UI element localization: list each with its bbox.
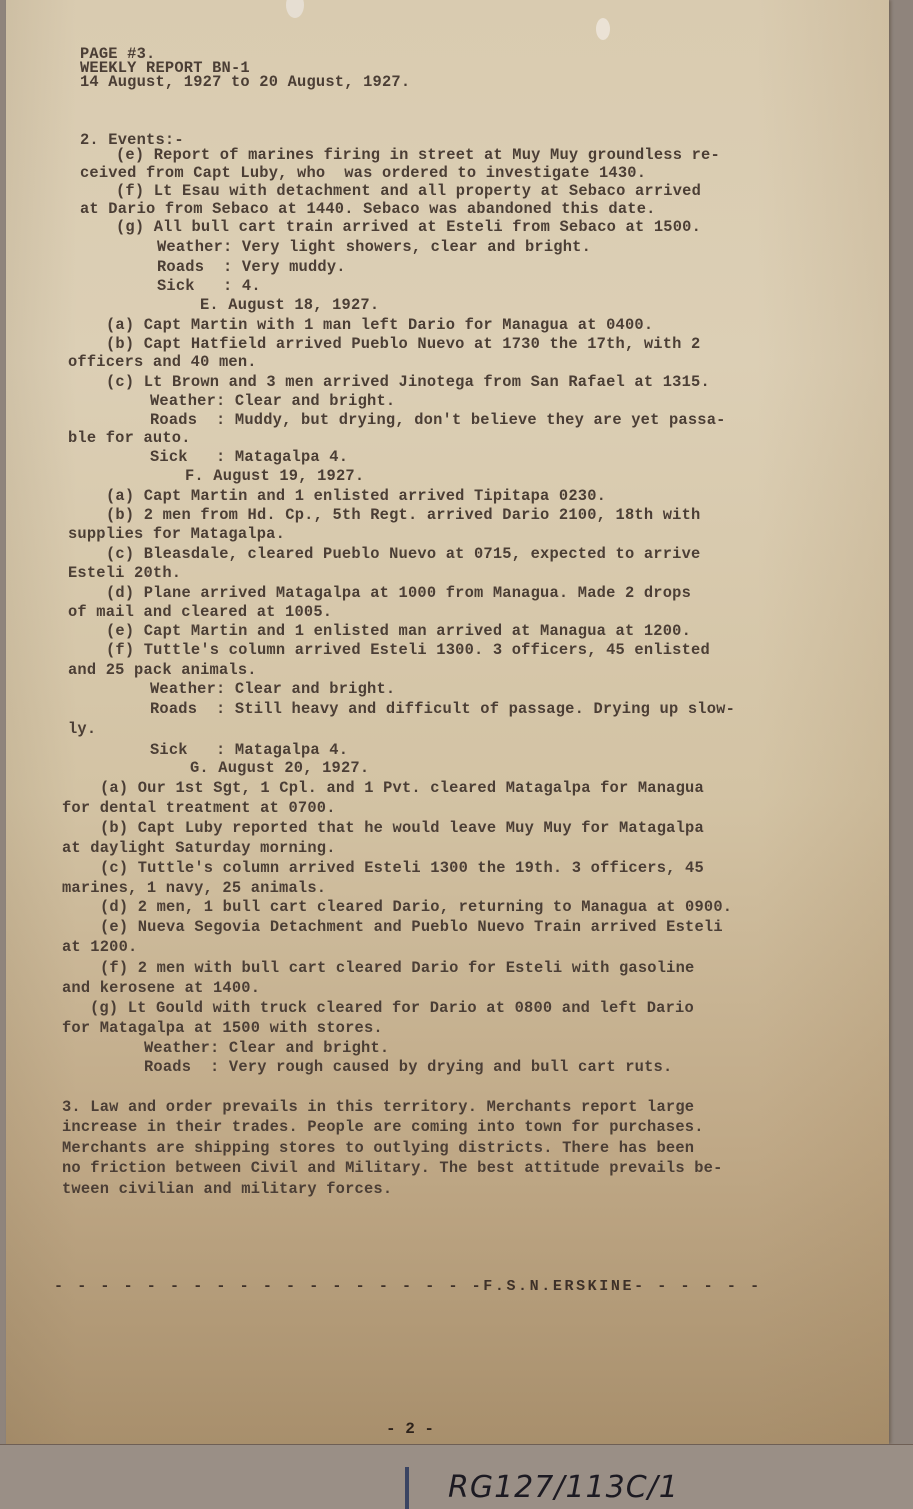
report-line: Sick : Matagalpa 4. xyxy=(150,447,348,467)
report-line: (b) 2 men from Hd. Cp., 5th Regt. arrive… xyxy=(106,505,700,525)
report-line: (f) 2 men with bull cart cleared Dario f… xyxy=(100,958,694,978)
report-line: E. August 18, 1927. xyxy=(200,295,379,315)
report-line: (e) Capt Martin and 1 enlisted man arriv… xyxy=(106,621,691,641)
report-line: Esteli 20th. xyxy=(68,563,181,583)
report-line: no friction between Civil and Military. … xyxy=(62,1158,723,1178)
archive-mark xyxy=(405,1467,409,1509)
report-line: (d) 2 men, 1 bull cart cleared Dario, re… xyxy=(100,897,732,917)
report-line: Weather: Clear and bright. xyxy=(150,679,395,699)
report-line: (a) Capt Martin with 1 man left Dario fo… xyxy=(106,315,653,335)
report-line: (f) Tuttle's column arrived Esteli 1300.… xyxy=(106,640,710,660)
report-line: (g) Lt Gould with truck cleared for Dari… xyxy=(90,998,694,1018)
report-line: at daylight Saturday morning. xyxy=(62,838,336,858)
report-line: (a) Our 1st Sgt, 1 Cpl. and 1 Pvt. clear… xyxy=(100,778,704,798)
report-line: ceived from Capt Luby, who was ordered t… xyxy=(80,163,646,183)
report-line: Sick : Matagalpa 4. xyxy=(150,740,348,760)
report-line: (c) Lt Brown and 3 men arrived Jinotega … xyxy=(106,372,710,392)
report-line: Roads : Muddy, but drying, don't believe… xyxy=(150,410,726,430)
report-line: (b) Capt Hatfield arrived Pueblo Nuevo a… xyxy=(106,334,700,354)
signature-line: - - - - - - - - - - - - - - - - - - -F.S… xyxy=(54,1278,762,1295)
report-line: G. August 20, 1927. xyxy=(190,758,369,778)
archive-reference: RG127/113C/1 xyxy=(448,1470,679,1505)
report-line: (b) Capt Luby reported that he would lea… xyxy=(100,818,704,838)
document-body: PAGE #3. WEEKLY REPORT BN-1 14 August, 1… xyxy=(6,0,889,126)
report-line: 3. Law and order prevails in this territ… xyxy=(62,1097,694,1117)
report-line: at 1200. xyxy=(62,937,138,957)
report-line: (c) Bleasdale, cleared Pueblo Nuevo at 0… xyxy=(106,544,700,564)
report-line: (f) Lt Esau with detachment and all prop… xyxy=(116,181,701,201)
report-line: Sick : 4. xyxy=(157,276,261,296)
report-line: for Matagalpa at 1500 with stores. xyxy=(62,1018,383,1038)
page-number: - 2 - xyxy=(386,1420,434,1438)
report-line: (d) Plane arrived Matagalpa at 1000 from… xyxy=(106,583,691,603)
report-line: Roads : Very muddy. xyxy=(157,257,346,277)
report-line: Weather: Very light showers, clear and b… xyxy=(157,237,591,257)
report-line: (e) Report of marines firing in street a… xyxy=(116,145,720,165)
report-line: officers and 40 men. xyxy=(68,352,257,372)
report-line: increase in their trades. People are com… xyxy=(62,1117,704,1137)
report-line: of mail and cleared at 1005. xyxy=(68,602,332,622)
report-line: and kerosene at 1400. xyxy=(62,978,260,998)
report-line: for dental treatment at 0700. xyxy=(62,798,336,818)
report-line: (g) All bull cart train arrived at Estel… xyxy=(116,217,701,237)
report-line: (c) Tuttle's column arrived Esteli 1300 … xyxy=(100,858,704,878)
report-date-range: 14 August, 1927 to 20 August, 1927. xyxy=(80,72,410,92)
report-line: F. August 19, 1927. xyxy=(185,466,364,486)
report-line: Merchants are shipping stores to outlyin… xyxy=(62,1138,694,1158)
report-line: Weather: Clear and bright. xyxy=(144,1038,389,1058)
report-line: Weather: Clear and bright. xyxy=(150,391,395,411)
report-line: tween civilian and military forces. xyxy=(62,1179,392,1199)
document-page: PAGE #3. WEEKLY REPORT BN-1 14 August, 1… xyxy=(6,0,889,1444)
report-line: and 25 pack animals. xyxy=(68,660,257,680)
report-line: supplies for Matagalpa. xyxy=(68,524,285,544)
report-line: at Dario from Sebaco at 1440. Sebaco was… xyxy=(80,199,656,219)
report-line: ble for auto. xyxy=(68,428,191,448)
report-line: Roads : Still heavy and difficult of pas… xyxy=(150,699,735,719)
report-line: Roads : Very rough caused by drying and … xyxy=(144,1057,672,1077)
report-line: ly. xyxy=(68,719,96,739)
report-line: (e) Nueva Segovia Detachment and Pueblo … xyxy=(100,917,723,937)
report-line: (a) Capt Martin and 1 enlisted arrived T… xyxy=(106,486,606,506)
report-line: marines, 1 navy, 25 animals. xyxy=(62,878,326,898)
